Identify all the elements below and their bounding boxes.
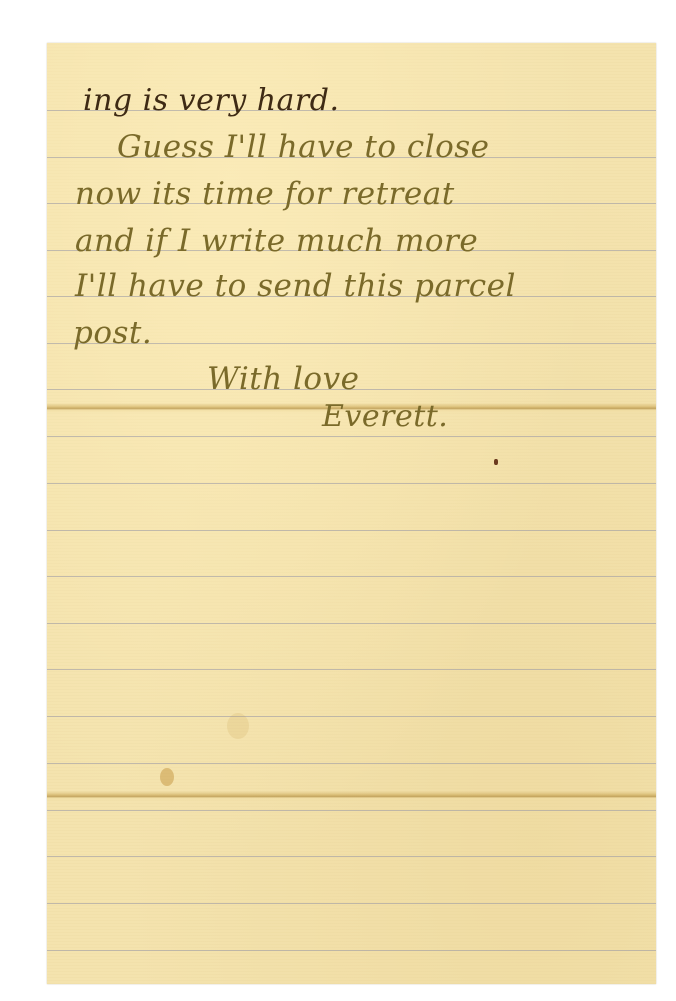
ruled-line bbox=[47, 530, 656, 531]
letter-signature: Everett. bbox=[322, 399, 448, 434]
ruled-line bbox=[47, 576, 656, 577]
ruled-line bbox=[47, 810, 656, 811]
paper-stain bbox=[227, 713, 249, 739]
letter-closing: With love bbox=[207, 361, 359, 397]
letter-line-6: post. bbox=[73, 315, 152, 351]
ruled-line bbox=[47, 950, 656, 951]
letter-line-1: ing is very hard. bbox=[83, 83, 340, 118]
ink-speck bbox=[494, 459, 498, 465]
ruled-line bbox=[47, 716, 656, 717]
ruled-line bbox=[47, 623, 656, 624]
ruled-line bbox=[47, 903, 656, 904]
paper-stain bbox=[160, 768, 174, 786]
ruled-line bbox=[47, 436, 656, 437]
letter-page: ing is very hard. Guess I'll have to clo… bbox=[47, 43, 656, 984]
letter-line-3: now its time for retreat bbox=[75, 176, 455, 212]
letter-line-5: I'll have to send this parcel bbox=[75, 268, 516, 304]
fold-crease-lower bbox=[47, 791, 656, 801]
letter-line-4: and if I write much more bbox=[75, 223, 478, 259]
ruled-line bbox=[47, 669, 656, 670]
ruled-line bbox=[47, 856, 656, 857]
ruled-line bbox=[47, 483, 656, 484]
ruled-line bbox=[47, 763, 656, 764]
letter-line-2: Guess I'll have to close bbox=[117, 129, 490, 165]
